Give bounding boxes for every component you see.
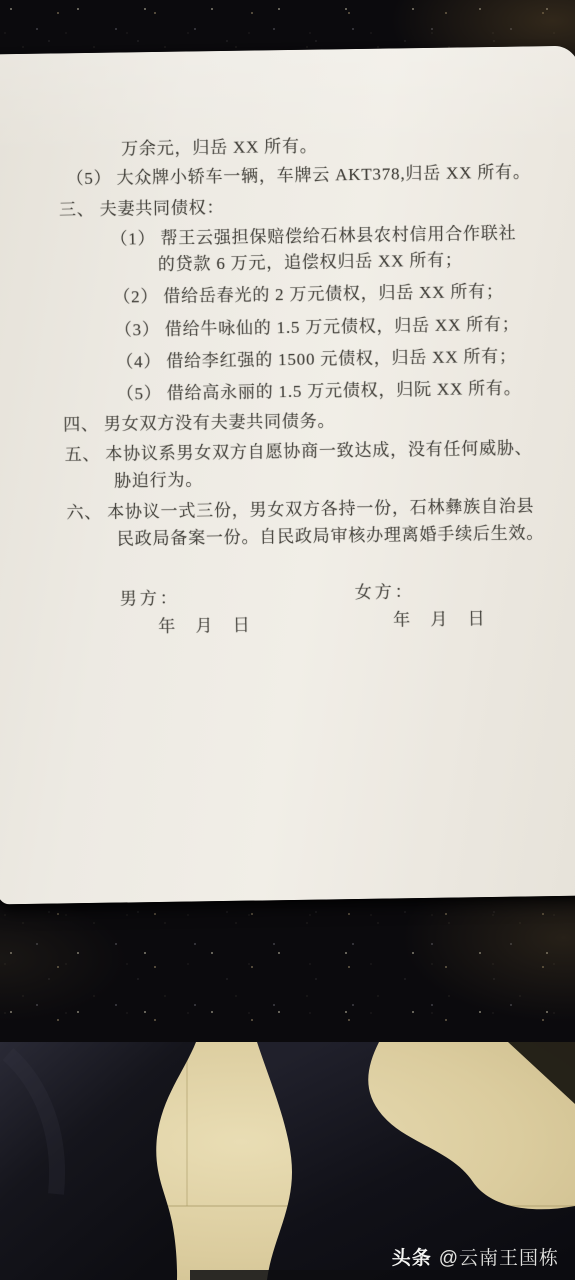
male-party-label: 男方： xyxy=(120,589,180,610)
doc-line: 万余元，归岳 XX 所有。 xyxy=(121,137,318,160)
doc-line: （5） 借给高永丽的 1.5 万元债权，归阮 XX 所有。 xyxy=(117,379,522,405)
bottom-shadow xyxy=(190,1270,575,1280)
doc-section-heading: 五、 本协议系男女双方自愿协商一致达成，没有任何威胁、 xyxy=(65,438,533,465)
doc-line: （5） 大众牌小轿车一辆，车牌云 AKT378,归岳 XX 所有。 xyxy=(66,162,530,189)
watermark-handle: @云南王国栋 xyxy=(439,1243,559,1270)
female-date-line: 年 月 日 xyxy=(393,609,486,631)
doc-line: （4） 借给李红强的 1500 元债权，归岳 XX 所有； xyxy=(116,347,517,373)
watermark: 头条 @云南王国栋 xyxy=(392,1243,559,1270)
doc-line: 的贷款 6 万元，追偿权归岳 XX 所有； xyxy=(158,250,463,275)
doc-line: （1） 帮王云强担保赔偿给石林县农村信用合作联社 xyxy=(110,224,516,250)
doc-section-heading: 六、 本协议一式三份，男女双方各持一份，石林彝族自治县 xyxy=(66,496,534,523)
toutiao-logo-text: 头条 xyxy=(392,1243,432,1270)
doc-line: （3） 借给牛咏仙的 1.5 万元债权，归岳 XX 所有； xyxy=(115,315,520,341)
document-text-layer: 万余元，归岳 XX 所有。 （5） 大众牌小轿车一辆，车牌云 AKT378,归岳… xyxy=(0,46,575,905)
female-party-label: 女方： xyxy=(355,582,415,603)
male-date-line: 年 月 日 xyxy=(158,616,251,638)
photo-of-document: { "doc": { "lines": [ "万余元，归岳 XX 所有。", "… xyxy=(0,0,575,1280)
doc-section-heading: 三、 夫妻共同债权： xyxy=(59,198,225,221)
doc-line: 民政局备案一份。自民政局审核办理离婚手续后生效。 xyxy=(117,523,544,550)
document-paper: 万余元，归岳 XX 所有。 （5） 大众牌小轿车一辆，车牌云 AKT378,归岳… xyxy=(0,46,575,905)
doc-line: （2） 借给岳春光的 2 万元债权，归岳 XX 所有； xyxy=(113,282,504,308)
doc-line: 胁迫行为。 xyxy=(114,470,203,492)
doc-section-heading: 四、 男女双方没有夫妻共同债务。 xyxy=(63,411,335,435)
